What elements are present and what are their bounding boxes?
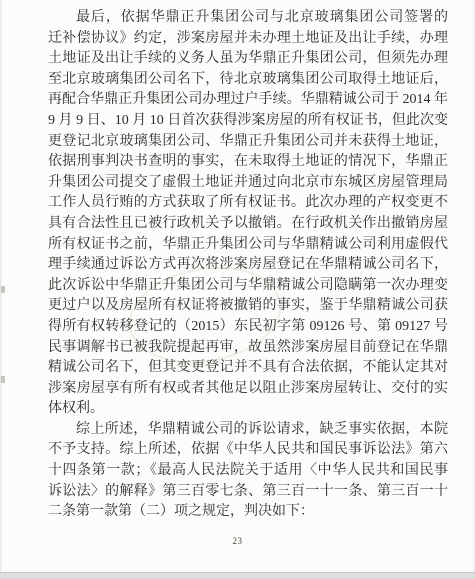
text-line: 体权利。 [48,399,448,420]
paragraph-1: 最后，依据华鼎正升集团公司与北京玻璃集团公司签署的《拆 迁补偿协议》约定，涉案房… [48,8,448,420]
text-line: 理手续通过诉讼方式再次将涉案房屋登记在华鼎精诚公司名下， [48,255,448,276]
text-line: 更过户以及房屋所有权证将被撤销的事实，鉴于华鼎精诚公司获 [48,296,448,317]
text-line: 更登记北京玻璃集团公司、华鼎正升集团公司并未获得土地证， [48,132,448,153]
text-line: 诉讼法〉的解释》第三百零七条、第三百一十一条、第三百一十 [48,482,448,503]
text-line: 最后，依据华鼎正升集团公司与北京玻璃集团公司签署的《拆 [48,8,448,29]
scan-edge-bottom [0,572,475,579]
text-line: 二条第一款第（二）项之规定，判决如下： [48,502,448,523]
text-line: 工作人员行贿的方式获取了所有权证书。此次办理的产权变更不 [48,193,448,214]
text-line: 所有权证书之前，华鼎正升集团公司与华鼎精诚公司利用虚假代 [48,235,448,256]
text-line: 十四条第一款；《最高人民法院关于适用〈中华人民共和国民事 [48,461,448,482]
page-number: 23 [0,536,475,546]
text-line: 9 月 9 日、10 月 10 日首次获得涉案房屋的所有权证书，但此次变 [48,111,448,132]
text-line: 涉案房屋享有所有权或者其他足以阻止涉案房屋转让、交付的实 [48,379,448,400]
text-line: 此次诉讼中华鼎正升集团公司与华鼎精诚公司隐瞒第一次办理变 [48,276,448,297]
scan-artifact [1,376,5,383]
text-line: 综上所述，华鼎精诚公司的诉讼请求，缺乏事实依据，本院 [48,420,448,441]
text-line: 得所有权转移登记的（2015）东民初字第 09126 号、第 09127 号 [48,317,448,338]
judgment-text-block: 最后，依据华鼎正升集团公司与北京玻璃集团公司签署的《拆 迁补偿协议》约定，涉案房… [48,8,448,523]
text-line: 再配合华鼎正升集团公司办理过户手续。华鼎精诚公司于 2014 年 [48,90,448,111]
text-line: 迁补偿协议》约定，涉案房屋并未办理土地证及出让手续，办理 [48,29,448,50]
paragraph-2: 综上所述，华鼎精诚公司的诉讼请求，缺乏事实依据，本院 不予支持。综上所述，依据《… [48,420,448,523]
text-line: 具有合法性且已被行政机关予以撤销。在行政机关作出撤销房屋 [48,214,448,235]
document-page: 最后，依据华鼎正升集团公司与北京玻璃集团公司签署的《拆 迁补偿协议》约定，涉案房… [0,0,475,579]
text-line: 升集团公司提交了虚假土地证并通过向北京市东城区房屋管理局 [48,173,448,194]
text-line: 不予支持。综上所述，依据《中华人民共和国民事诉讼法》第六 [48,440,448,461]
text-line: 民事调解书已被我院提起再审，故虽然涉案房屋目前登记在华鼎 [48,338,448,359]
text-line: 精诚公司名下，但其变更登记并不具有合法依据，不能认定其对 [48,358,448,379]
text-line: 至北京玻璃集团公司名下，待北京玻璃集团公司取得土地证后， [48,70,448,91]
text-line: 依据刑事判决书查明的事实，在未取得土地证的情况下，华鼎正 [48,152,448,173]
scan-artifact [1,286,5,293]
text-line: 土地证及出让手续的义务人虽为华鼎正升集团公司，但须先办理 [48,49,448,70]
